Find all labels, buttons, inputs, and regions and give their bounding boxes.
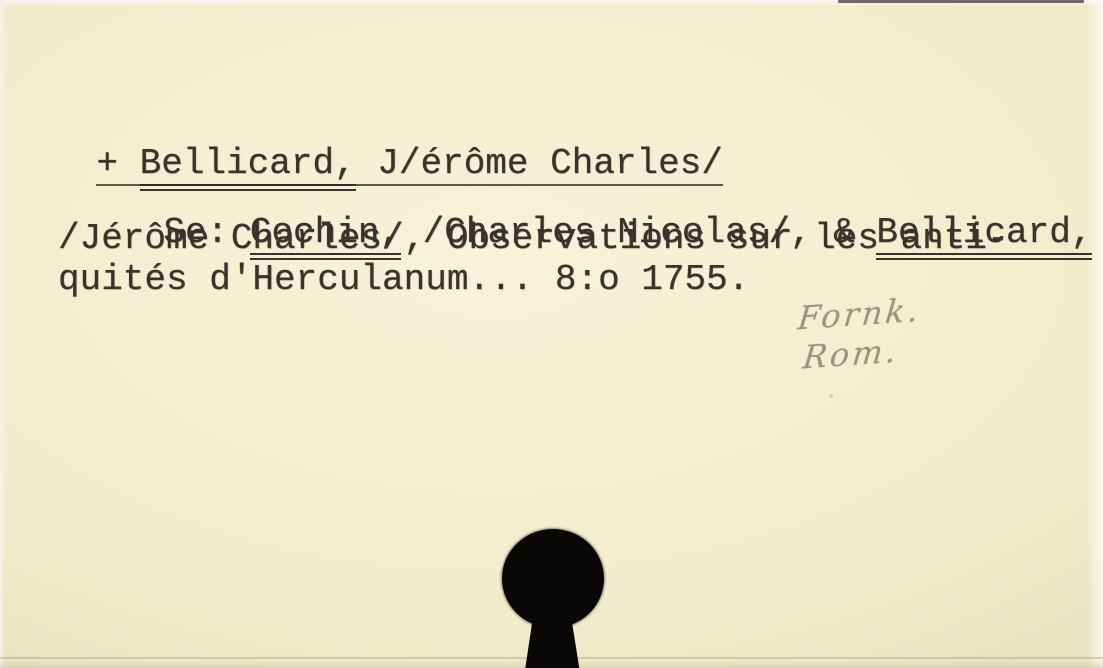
paper-speck [829,394,833,398]
handwritten-note-line-2: Rom. [801,334,900,373]
see-reference-line-2: /Jérôme Charles/, Observations sur les a… [58,221,1009,257]
handwritten-note-line-1: Fornk. [796,294,922,335]
catalog-card: + Bellicard, J/érôme Charles/ Se: Cochin… [0,0,1103,668]
scan-edge-right [1087,0,1103,668]
scan-edge-dark-line [838,0,1084,3]
heading-prefix: + [96,143,139,184]
heading-tail: J/érôme Charles/ [356,143,723,184]
scan-edge-left [0,0,5,668]
see-reference-line-3: quités d'Herculanum... 8:o 1755. [58,262,749,298]
